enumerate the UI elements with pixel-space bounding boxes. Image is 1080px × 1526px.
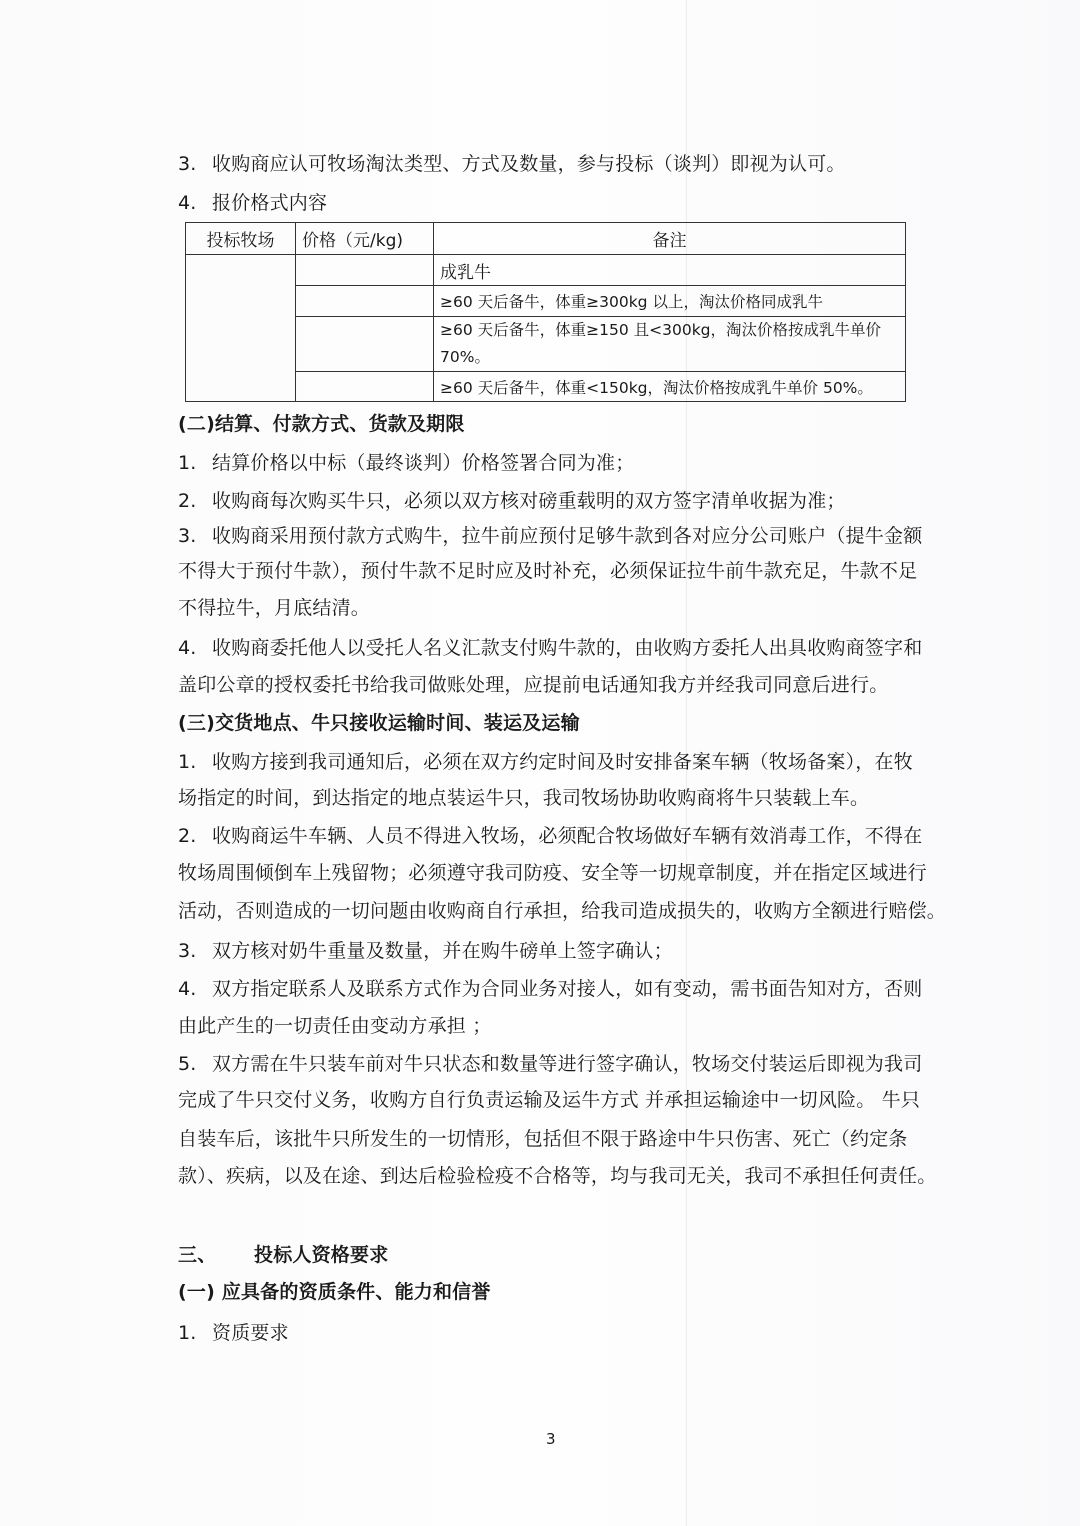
item-text: 结算价格以中标（最终谈判）价格签署合同为准； bbox=[212, 452, 634, 474]
note-line: 70%。 bbox=[440, 344, 899, 371]
item-text: 双方指定联系人及联系方式作为合同业务对接人，如有变动，需书面告知对方，否则 bbox=[212, 978, 922, 1000]
list-item: 3.双方核对奶牛重量及数量，并在购牛磅单上签字确认； bbox=[178, 939, 673, 963]
list-item: 5.双方需在牛只装车前对牛只状态和数量等进行签字确认，牧场交付装运后即视为我司 bbox=[178, 1052, 922, 1076]
section-heading: (二)结算、付款方式、货款及期限 bbox=[178, 412, 465, 436]
item-text: 收购商应认可牧场淘汰类型、方式及数量，参与投标（谈判）即视为认可。 bbox=[212, 153, 846, 175]
list-item: 3.收购商应认可牧场淘汰类型、方式及数量，参与投标（谈判）即视为认可。 bbox=[178, 152, 846, 176]
section-heading: (三)交货地点、牛只接收运输时间、装运及运输 bbox=[178, 711, 580, 735]
continuation-line: 活动，否则造成的一切问题由收购商自行承担，给我司造成损失的，收购方全额进行赔偿。 bbox=[178, 899, 946, 923]
item-text: 双方需在牛只装车前对牛只状态和数量等进行签字确认，牧场交付装运后即视为我司 bbox=[212, 1053, 922, 1075]
item-number: 4. bbox=[178, 977, 212, 1001]
continuation-line: 完成了牛只交付义务，收购方自行负责运输及运牛方式 并承担运输途中一切风险。 牛只 bbox=[178, 1088, 920, 1112]
item-number: 5. bbox=[178, 1052, 212, 1076]
item-text: 收购方接到我司通知后，必须在双方约定时间及时安排备案车辆（牧场备案），在牧 bbox=[212, 751, 913, 773]
item-text: 双方核对奶牛重量及数量，并在购牛磅单上签字确认； bbox=[212, 940, 673, 962]
item-text: 资质要求 bbox=[212, 1322, 289, 1344]
list-item: 3.收购商采用预付款方式购牛，拉牛前应预付足够牛款到各对应分公司账户（提牛金额 bbox=[178, 524, 922, 548]
item-number: 3. bbox=[178, 152, 212, 176]
table-header-row: 投标牧场 价格（元/kg) 备注 bbox=[186, 223, 906, 255]
item-number: 1. bbox=[178, 451, 212, 475]
list-item: 1.结算价格以中标（最终谈判）价格签署合同为准； bbox=[178, 451, 634, 475]
page-number: 3 bbox=[546, 1430, 556, 1448]
item-number: 2. bbox=[178, 824, 212, 848]
continuation-line: 自装车后，该批牛只所发生的一切情形，包括但不限于路途中牛只伤害、死亡（约定条 bbox=[178, 1127, 908, 1151]
item-number: 4. bbox=[178, 636, 212, 660]
list-item: 2.收购商每次购买牛只，必须以双方核对磅重载明的双方签字清单收据为准； bbox=[178, 489, 846, 513]
continuation-line: 由此产生的一切责任由变动方承担 ； bbox=[178, 1014, 491, 1038]
list-item: 4.收购商委托他人以受托人名义汇款支付购牛款的，由收购方委托人出具收购商签字和 bbox=[178, 636, 922, 660]
table-row: 成乳牛 bbox=[186, 255, 906, 286]
item-number: 2. bbox=[178, 489, 212, 513]
item-number: 1. bbox=[178, 750, 212, 774]
item-number: 4. bbox=[178, 191, 212, 215]
price-cell bbox=[296, 317, 434, 372]
continuation-line: 场指定的时间，到达指定的地点装运牛只，我司牧场协助收购商将牛只装载上车。 bbox=[178, 786, 869, 810]
item-text: 收购商委托他人以受托人名义汇款支付购牛款的，由收购方委托人出具收购商签字和 bbox=[212, 637, 922, 659]
item-text: 收购商运牛车辆、人员不得进入牧场，必须配合牧场做好车辆有效消毒工作，不得在 bbox=[212, 825, 922, 847]
document-page: 3.收购商应认可牧场淘汰类型、方式及数量，参与投标（谈判）即视为认可。 4.报价… bbox=[0, 0, 1080, 1526]
chapter-heading: 三、投标人资格要求 bbox=[178, 1243, 388, 1267]
item-number: 3. bbox=[178, 524, 212, 548]
chapter-title: 投标人资格要求 bbox=[254, 1244, 388, 1266]
list-item: 4.双方指定联系人及联系方式作为合同业务对接人，如有变动，需书面告知对方，否则 bbox=[178, 977, 922, 1001]
continuation-line: 不得大于预付牛款），预付牛款不足时应及时补充，必须保证拉牛前牛款充足，牛款不足 bbox=[178, 559, 917, 583]
list-item: 1.资质要求 bbox=[178, 1321, 289, 1345]
price-cell bbox=[296, 255, 434, 286]
price-cell bbox=[296, 286, 434, 317]
item-number: 3. bbox=[178, 939, 212, 963]
farm-cell bbox=[186, 255, 296, 402]
continuation-line: 盖印公章的授权委托书给我司做账处理，应提前电话通知我方并经我司同意后进行。 bbox=[178, 673, 888, 697]
price-cell bbox=[296, 372, 434, 402]
list-item: 4.报价格式内容 bbox=[178, 191, 327, 215]
quote-format-table: 投标牧场 价格（元/kg) 备注 成乳牛 ≥60 天后备牛，体重≥300kg 以… bbox=[185, 222, 906, 402]
note-cell: ≥60 天后备牛，体重≥300kg 以上，淘汰价格同成乳牛 bbox=[434, 286, 906, 317]
list-item: 1.收购方接到我司通知后，必须在双方约定时间及时安排备案车辆（牧场备案），在牧 bbox=[178, 750, 913, 774]
chapter-number: 三、 bbox=[178, 1243, 254, 1267]
item-text: 收购商采用预付款方式购牛，拉牛前应预付足够牛款到各对应分公司账户（提牛金额 bbox=[212, 525, 922, 547]
header-farm: 投标牧场 bbox=[186, 223, 296, 255]
continuation-line: 款）、疾病，以及在途、到达后检验检疫不合格等，均与我司无关，我司不承担任何责任。 bbox=[178, 1164, 937, 1188]
continuation-line: 不得拉牛，月底结清。 bbox=[178, 596, 370, 620]
item-text: 报价格式内容 bbox=[212, 192, 327, 214]
header-price: 价格（元/kg) bbox=[296, 223, 434, 255]
note-cell: ≥60 天后备牛，体重≥150 且<300kg，淘汰价格按成乳牛单价 70%。 bbox=[434, 317, 906, 372]
note-cell: 成乳牛 bbox=[434, 255, 906, 286]
header-note: 备注 bbox=[434, 223, 906, 255]
note-cell: ≥60 天后备牛，体重<150kg，淘汰价格按成乳牛单价 50%。 bbox=[434, 372, 906, 402]
item-number: 1. bbox=[178, 1321, 212, 1345]
section-heading: (一) 应具备的资质条件、能力和信誉 bbox=[178, 1280, 491, 1304]
continuation-line: 牧场周围倾倒车上残留物；必须遵守我司防疫、安全等一切规章制度，并在指定区域进行 bbox=[178, 861, 927, 885]
note-line: ≥60 天后备牛，体重≥150 且<300kg，淘汰价格按成乳牛单价 bbox=[440, 317, 899, 344]
list-item: 2.收购商运牛车辆、人员不得进入牧场，必须配合牧场做好车辆有效消毒工作，不得在 bbox=[178, 824, 922, 848]
item-text: 收购商每次购买牛只，必须以双方核对磅重载明的双方签字清单收据为准； bbox=[212, 490, 846, 512]
